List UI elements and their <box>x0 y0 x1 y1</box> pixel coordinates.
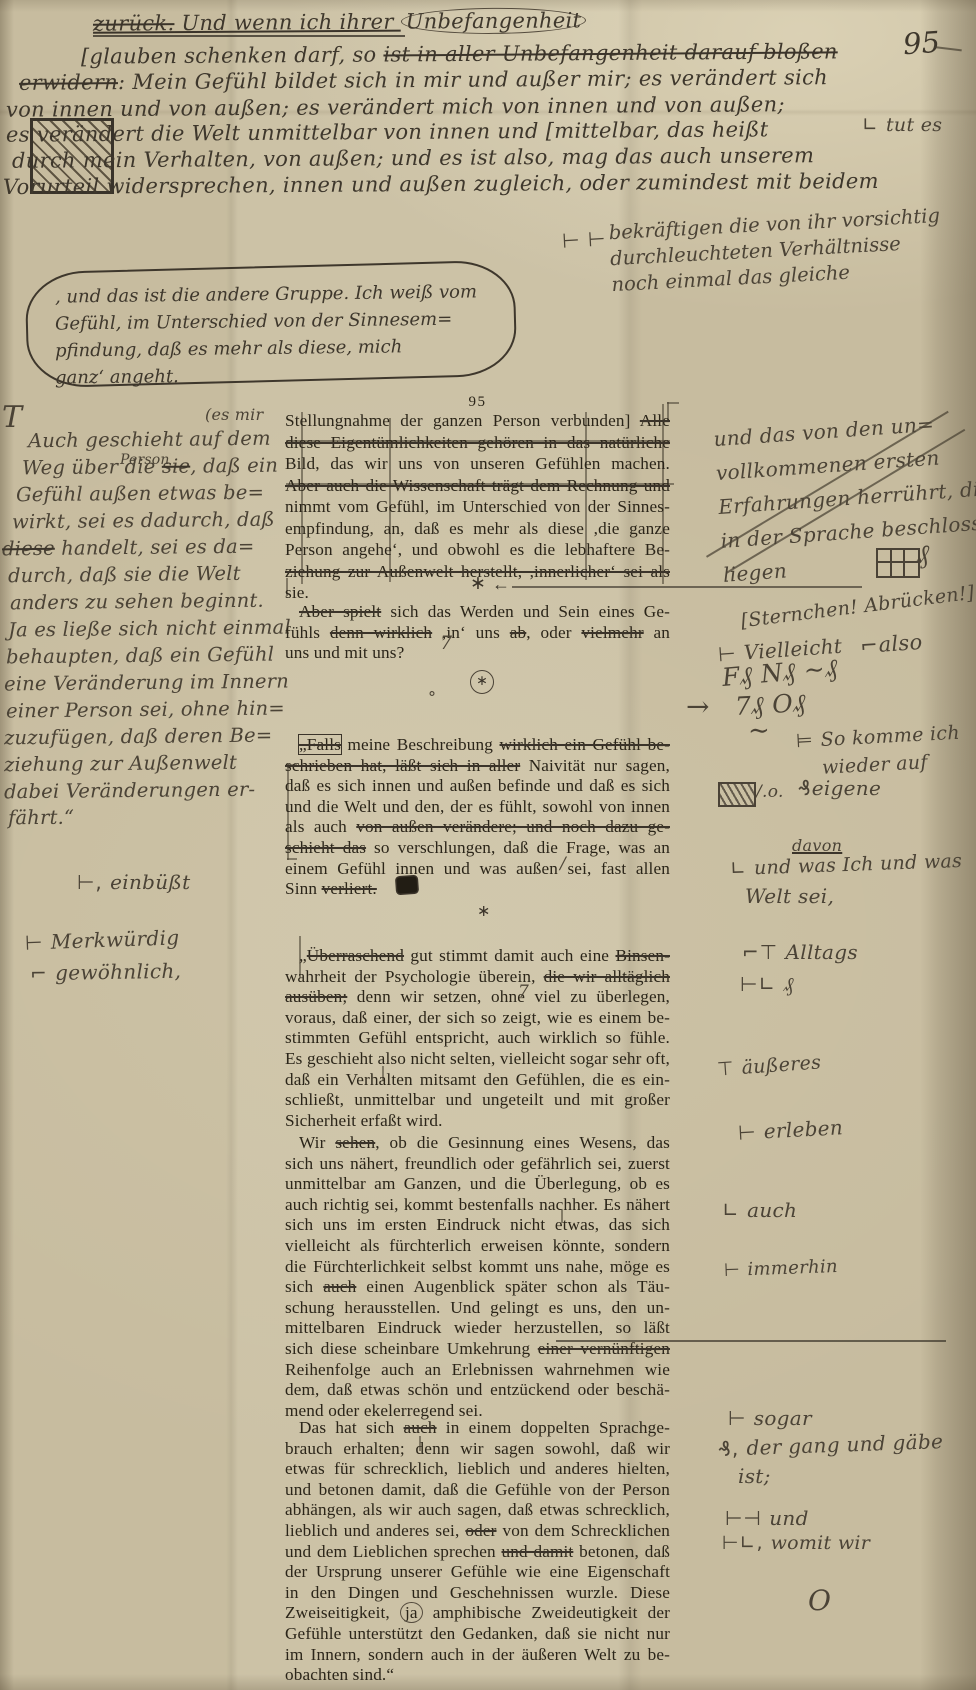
typed-line: Sicherheit erfaßt wird. <box>285 1111 670 1132</box>
text-segment: wirkt, sei es dadurch, daß <box>12 508 275 534</box>
text-segment: Unbefangenheit <box>401 7 587 34</box>
text-segment: betonen, daß <box>573 1542 670 1561</box>
editorial-mark: ⊢∟, <box>722 1532 771 1554</box>
typed-paragraph: Wir sehen, ob die Gesinnung eines Wesens… <box>285 1133 670 1421</box>
margin-note: ⊢ Merkwürdig <box>25 925 180 954</box>
text-segment: von dem Schrecklichen <box>497 1521 670 1540</box>
text-segment: mittelbaren Eindruck wieder herzustellen… <box>285 1318 670 1337</box>
text-segment: als auch <box>285 817 356 836</box>
text-segment: der Ursprung unserer Gefühle wie eine Ei… <box>285 1562 670 1581</box>
margin-note: ⌐also <box>859 630 923 658</box>
typed-line: der Ursprung unserer Gefühle wie eine Ei… <box>285 1562 670 1583</box>
typed-line: Zweiseitigkeit, ja amphibische Zweideuti… <box>285 1603 670 1624</box>
typed-line: daß ein Verhalten mitsamt den Gefühlen, … <box>285 1070 670 1091</box>
text-segment: daß es sich innen und außen befinde und … <box>285 776 670 795</box>
text-segment: durch, daß sie die Welt <box>8 562 241 587</box>
text-segment: denn wir setzen, ohne viel zu überlegen, <box>347 987 670 1006</box>
text-segment: „ <box>299 946 307 965</box>
editorial-mark: ⊢, <box>77 870 110 894</box>
margin-note: Welt sei, <box>745 884 834 908</box>
handwriting-line: durch mein Verhalten, von außen; und es … <box>12 143 814 173</box>
annotation-text: → <box>686 690 710 723</box>
text-segment: brauch erhalten; denn wir sagen sowohl, … <box>285 1439 670 1458</box>
text-segment: „Falls <box>299 735 341 754</box>
margin-note: ⊢∟ ₰ <box>740 972 794 997</box>
editorial-mark: ⊢ <box>724 1259 748 1281</box>
text-segment: handelt, sei es da= <box>55 535 255 560</box>
annotation-text: davon <box>792 836 842 855</box>
inserted-word: Person <box>120 452 170 468</box>
text-segment: Gefühle unterstützt den Gedanken, daß si… <box>285 1624 670 1643</box>
margin-note: ⌐ gewöhnlich, <box>30 959 182 986</box>
text-segment: nimmt vom Gefühl, im Unterschied von der… <box>285 497 670 516</box>
pencil-mark: / <box>560 854 566 874</box>
text-segment: schung herausstellen. Und gelingt es uns… <box>285 1298 670 1317</box>
typed-paragraph: „Überraschend gut stimmt damit auch eine… <box>285 946 670 1131</box>
typed-line: und die Welt und den, der es fühlt, sowo… <box>285 797 670 818</box>
text-segment: sich diese scheinbare Umkehrung <box>285 1339 538 1358</box>
struck-text: Überraschend <box>307 946 404 965</box>
typed-line: Person angehe‘, und obwohl es die lebhaf… <box>285 539 670 561</box>
oval-annotation: , und das ist die andere Gruppe. Ich wei… <box>55 281 477 389</box>
typed-line: und dem Lieblichen sprechen und damit be… <box>285 1542 670 1563</box>
margin-note: ⊨ So komme ich <box>796 722 961 753</box>
struck-text: von außen verändere; und noch dazu ge- <box>356 817 670 836</box>
text-segment: wahrheit der Psychologie überein, <box>285 967 544 986</box>
margin-note: ∼ <box>748 716 770 746</box>
text-segment: einem Gefühl innen und was außen sei, fa… <box>285 859 670 878</box>
margin-note: ∟ tut es <box>862 114 942 136</box>
annotation-text: [Sternchen! Abrücken!] <box>740 582 976 632</box>
text-segment: , ob die Gesinnung eines Wesens, das <box>375 1133 670 1152</box>
typed-line: wahrheit der Psychologie überein, die wi… <box>285 967 670 988</box>
struck-text: auch <box>404 1418 437 1437</box>
annotation-text: So komme ich <box>820 722 960 751</box>
text-segment: anders zu sehen beginnt. <box>10 589 264 615</box>
typed-line: Sinn verliert. <box>285 879 670 900</box>
annotation-text: gewöhnlich, <box>55 959 181 985</box>
typed-line: sich auch einen Augenblick später schon … <box>285 1277 670 1298</box>
editorial-mark: ₰ <box>798 776 812 800</box>
text-segment: Sicherheit erfaßt wird. <box>285 1111 443 1130</box>
typed-line: sich uns nähert, freundlich oder gefährl… <box>285 1154 670 1175</box>
struck-text: verliert. <box>322 879 377 898</box>
typed-line: im Innern, sondern auch in der äußeren W… <box>285 1645 670 1666</box>
margin-note: ⊢ sogar <box>728 1406 812 1430</box>
handwriting-line: es verändert die Welt unmittelbar von in… <box>6 117 769 146</box>
margin-note: ∟ und was Ich und was <box>730 850 963 880</box>
handwriting-line: einer Person sei, ohne hin= <box>6 697 285 723</box>
text-segment: uns und mit uns? <box>285 643 404 662</box>
editorial-mark: ∟ <box>730 857 755 880</box>
text-segment: dabei Veränderungen er- <box>4 778 255 804</box>
typed-line: empfindung, an, daß es mehr als diese ,d… <box>285 518 670 540</box>
text-segment: mend oder ekelerregend sei. <box>285 1401 483 1420</box>
text-segment: dem, daß etwas schön und entzückend oder… <box>285 1380 670 1399</box>
circled-asterisk: ∗ <box>470 670 494 694</box>
text-segment: stimmten Gefühl entspricht, auch wirklic… <box>285 1028 670 1047</box>
text-segment: Person angehe‘, und obwohl es die lebhaf… <box>285 540 670 559</box>
editorial-mark: ⊢ <box>728 1406 754 1430</box>
typed-line: abhängen, als wir auch sagen, daß etwas … <box>285 1500 670 1521</box>
text-segment: in den Dingen und Geschehnissen wurzle. … <box>285 1583 670 1602</box>
text-segment: es verändert die Welt unmittelbar von in… <box>6 117 769 146</box>
annotation-text: Merkwürdig <box>50 925 179 953</box>
text-segment: in einem doppelten Sprachge- <box>437 1418 670 1437</box>
text-segment: , daß ein <box>190 454 278 478</box>
handwriting-line: wirkt, sei es dadurch, daß <box>12 508 275 534</box>
handwriting-line: zurück. Und wenn ich ihrer Unbefangenhei… <box>93 8 586 35</box>
inserted-word: (es mir <box>205 405 263 424</box>
typed-line: schung herausstellen. Und gelingt es uns… <box>285 1298 670 1319</box>
margin-note: → <box>686 690 710 723</box>
annotation-text: immerhin <box>747 1256 838 1280</box>
handwriting-line: Vorurteil widersprechen, innen und außen… <box>3 169 879 199</box>
text-segment: etwas für schrecklich, lieblich und ande… <box>285 1459 670 1478</box>
text-segment: zuzufügen, daß deren Be= <box>4 724 273 750</box>
struck-text: Alle <box>640 411 670 430</box>
typed-line: nimmt vom Gefühl, im Unterschied von der… <box>285 496 670 518</box>
typed-line: obachten sind.“ <box>285 1665 670 1686</box>
typed-line: voraus, daß einer, der sich so zeigt, wi… <box>285 1008 670 1029</box>
annotation-text: ist; <box>738 1464 771 1488</box>
handwriting-line: diese handelt, sei es da= <box>2 535 255 561</box>
struck-text: ab <box>510 623 527 642</box>
text-segment: eine Veränderung im Innern <box>4 670 289 696</box>
text-segment: Auch geschieht auf dem <box>28 427 271 453</box>
text-segment: , oder <box>526 623 581 642</box>
typed-line: auch richtig sei, kommt bestenfalls nach… <box>285 1195 670 1216</box>
margin-note: ∟ auch <box>722 1198 797 1222</box>
annotation-text: womit wir <box>771 1532 871 1554</box>
pencil-mark: 7 <box>440 632 452 654</box>
typed-line: schließt, unmittelbar und ungeteilt und … <box>285 1090 670 1111</box>
text-segment: Ja es ließe sich nicht einmal <box>8 616 291 642</box>
typed-line: „Überraschend gut stimmt damit auch eine… <box>285 946 670 967</box>
annotation-text: wieder auf <box>821 751 928 779</box>
text-segment: und dem Lieblichen sprechen <box>285 1542 501 1561</box>
annotation-text: auch <box>747 1198 797 1222</box>
struck-text: zurück. <box>93 11 175 36</box>
annotation-text: O <box>808 1584 831 1617</box>
annotation-text: der gang und gäbe <box>746 1429 943 1460</box>
typed-paragraph: Stellungnahme der ganzen Person verbunde… <box>285 410 670 604</box>
handwriting-line: ziehung zur Außenwelt <box>4 751 237 776</box>
typed-line: brauch erhalten; denn wir sagen sowohl, … <box>285 1439 670 1460</box>
margin-note: wieder auf <box>821 751 928 779</box>
text-segment: unmittelbar am Ganzen, und die Überlegun… <box>285 1174 670 1193</box>
struck-margin-annotation: und das von den un=vollkommenen erstenEr… <box>712 402 976 592</box>
editorial-mark: ₰, <box>718 1436 747 1461</box>
editorial-mark: ⊢ <box>25 930 52 955</box>
typed-line: ziehung zur Außenwelt herstellt, ,innerl… <box>285 561 670 583</box>
annotation-text: und <box>769 1506 808 1530</box>
typed-line: einem Gefühl innen und was außen sei, fa… <box>285 859 670 880</box>
typed-line: fühls denn wirklich ,in‘ uns ab, oder vi… <box>285 623 670 644</box>
text-segment: gut stimmt damit auch eine <box>404 946 615 965</box>
margin-note: ⊢⊣ und <box>725 1506 809 1530</box>
handwriting-line: Gefühl außen etwas be= <box>16 481 264 507</box>
struck-text: Aber spielt <box>299 602 381 621</box>
annotation-text: einbüßt <box>110 870 190 894</box>
struck-text: erwidern <box>19 70 118 95</box>
text-segment: sich <box>285 1277 323 1296</box>
handwriting-line: Ja es ließe sich nicht einmal <box>8 616 291 642</box>
text-segment: Zweiseitigkeit, <box>285 1603 400 1622</box>
typed-paragraph: Aber spielt sich das Werden und Sein ein… <box>285 602 670 664</box>
struck-text: oder <box>465 1521 496 1540</box>
typed-line: Wir sehen, ob die Gesinnung eines Wesens… <box>285 1133 670 1154</box>
typed-line: sie. <box>285 582 670 604</box>
typed-line: vielleicht als fürchterlich erweisen kön… <box>285 1236 670 1257</box>
text-segment: die Fürchterlichkeit selbst kommt uns na… <box>285 1257 670 1276</box>
text-segment: lieblich und anderes sei, <box>285 1521 465 1540</box>
margin-note: 7₰ O₰ <box>734 688 806 722</box>
pencil-mark: ° <box>428 688 436 707</box>
text-segment: Stellungnahme der ganzen Person verbunde… <box>285 411 640 430</box>
struck-text: Aber auch die Wissenschaft trägt dem Rec… <box>285 476 670 495</box>
editorial-mark: ⊤ <box>716 1057 742 1081</box>
annotation-line: ganz‘ angeht. <box>55 359 477 391</box>
typed-paragraph: „Falls meine Beschreibung wirklich ein G… <box>285 735 670 900</box>
handwriting-line: fährt.“ <box>8 806 74 830</box>
editorial-mark: ∟ <box>862 114 886 136</box>
margin-note: ⌐⊤ Alltags <box>742 940 858 964</box>
typed-line: dem, daß etwas schön und entzückend oder… <box>285 1380 670 1401</box>
asterisk-separator: ∗ <box>477 901 490 921</box>
typed-line: Bild, das wir uns von unseren Gefühlen m… <box>285 453 670 475</box>
typed-line: schieht das so verschlungen, daß die Fra… <box>285 838 670 859</box>
insertion-bracket <box>667 402 679 404</box>
typed-paragraph: Das hat sich auch in einem doppelten Spr… <box>285 1418 670 1686</box>
struck-text: schrieben hat, läßt sich in aller <box>285 756 520 775</box>
text-segment: und die Welt und den, der es fühlt, sowo… <box>285 797 670 816</box>
annotation-text: erleben <box>763 1115 843 1143</box>
text-segment: Vorurteil widersprechen, innen und außen… <box>3 169 879 199</box>
typed-line: Gefühle unterstützt den Gedanken, daß si… <box>285 1624 670 1645</box>
typed-line: und betonen damit, daß die Gefühle von d… <box>285 1480 670 1501</box>
annotation-text: eigene <box>812 776 881 800</box>
struck-text: vielmehr <box>581 623 643 642</box>
typed-line: uns und mit uns? <box>285 643 670 664</box>
text-segment: fühls <box>285 623 330 642</box>
annotation-text: äußeres <box>741 1051 822 1079</box>
text-segment: an <box>644 623 670 642</box>
typed-line: daß es sich innen und außen befinde und … <box>285 776 670 797</box>
annotation-text: Alltags <box>786 940 858 964</box>
typed-line: diese Eigentümlichkeiten gehören in das … <box>285 432 670 454</box>
typed-line: lieblich und anderes sei, oder von dem S… <box>285 1521 670 1542</box>
struck-text: die wir alltäglich <box>544 967 670 986</box>
text-segment: Wir <box>299 1133 335 1152</box>
handwriting-line: durch, daß sie die Welt <box>8 562 241 587</box>
typed-line: sich uns im ersten Eindruck nicht etwas,… <box>285 1215 670 1236</box>
page-number-handwritten: 95 <box>902 25 941 61</box>
struck-text: denn wirklich <box>330 623 432 642</box>
typed-line: unmittelbar am Ganzen, und die Überlegun… <box>285 1174 670 1195</box>
margin-note: ⊢, einbüßt <box>77 870 190 894</box>
typed-line: Es geschieht also nicht selten, vielleic… <box>285 1049 670 1070</box>
struck-text: und damit <box>501 1542 573 1561</box>
text-segment: im Innern, sondern auch in der äußeren W… <box>285 1645 670 1664</box>
typed-line: Reihenfolge auch an Erlebnissen wahrnehm… <box>285 1360 670 1381</box>
margin-note: /.o. <box>756 782 784 802</box>
text-segment: voraus, daß einer, der sich so zeigt, wi… <box>285 1008 670 1027</box>
text-segment: Reihenfolge auch an Erlebnissen wahrnehm… <box>285 1360 670 1379</box>
margin-note: ⊤ äußeres <box>716 1051 822 1080</box>
text-segment: so verschlungen, daß die Frage, was an <box>366 838 670 857</box>
annotation-text: Welt sei, <box>745 884 834 908</box>
struck-text: schieht das <box>285 838 366 857</box>
struck-text: ausüben; <box>285 987 347 1006</box>
text-segment: behaupten, daß ein Gefühl <box>6 643 274 669</box>
text-segment: und betonen damit, daß die Gefühle von d… <box>285 1480 670 1499</box>
page-number-printed: 95 <box>285 394 670 411</box>
text-segment: auch richtig sei, kommt bestenfalls nach… <box>285 1195 670 1214</box>
struck-text: diese <box>2 537 55 561</box>
typed-line: mittelbaren Eindruck wieder herzustellen… <box>285 1318 670 1339</box>
handwriting-line: eine Veränderung im Innern <box>4 670 289 696</box>
annotation-text: tut es <box>886 114 942 136</box>
struck-text: auch <box>323 1277 356 1296</box>
typed-line: in den Dingen und Geschehnissen wurzle. … <box>285 1583 670 1604</box>
editorial-mark: ⊢ <box>737 1119 764 1144</box>
typed-line: Stellungnahme der ganzen Person verbunde… <box>285 410 670 432</box>
typed-line: Aber auch die Wissenschaft trägt dem Rec… <box>285 475 670 497</box>
text-segment: Es geschieht also nicht selten, vielleic… <box>285 1049 670 1068</box>
text-segment: empfindung, an, daß es mehr als diese ,d… <box>285 519 670 538</box>
editorial-mark: ⌐ <box>859 633 879 658</box>
annotation-text: ₰ <box>784 972 794 996</box>
margin-note: [Sternchen! Abrücken!] <box>740 582 976 632</box>
typed-line: sich diese scheinbare Umkehrung einer ve… <box>285 1339 670 1360</box>
annotation-text: ∼ <box>748 716 770 746</box>
text-segment: Sinn <box>285 879 322 898</box>
margin-note: ₰, der gang und gäbe <box>718 1429 944 1461</box>
annotation-text: /.o. <box>756 782 784 802</box>
text-segment: ja <box>400 1602 423 1623</box>
handwriting-line: Auch geschieht auf dem <box>28 427 271 453</box>
editorial-mark: ⊢⊣ <box>725 1506 769 1530</box>
text-segment: sich das Werden und Sein eines Ge- <box>381 602 670 621</box>
text-segment: einen Augenblick später schon als Täu- <box>356 1277 670 1296</box>
text-segment: amphibische Zweideutigkeit der <box>423 1603 670 1622</box>
annotation-text: also <box>878 630 923 657</box>
margin-note: ⊢ erleben <box>737 1115 843 1144</box>
text-segment: vielleicht als fürchterlich erweisen kön… <box>285 1236 670 1255</box>
editorial-mark: ∟ <box>722 1198 747 1222</box>
typed-line: Aber spielt sich das Werden und Sein ein… <box>285 602 670 623</box>
typed-line: schrieben hat, läßt sich in aller Naivit… <box>285 756 670 777</box>
margin-note: ⊢ immerhin <box>724 1256 839 1281</box>
margin-note: ₰eigene <box>798 776 881 800</box>
margin-note: ist; <box>738 1464 771 1488</box>
margin-annotation-top-right: ⊢ ⊢ bekräftigen die von ihr vorsichtig d… <box>561 205 896 300</box>
handwriting-line: erwidern: Mein Gefühl bildet sich in mir… <box>19 65 828 95</box>
text-segment: daß ein Verhalten mitsamt den Gefühlen, … <box>285 1070 670 1089</box>
text-segment: sich uns nähert, freundlich oder gefährl… <box>285 1154 670 1173</box>
text-segment: Bild, das wir uns von unseren Gefühlen m… <box>285 454 670 473</box>
annotation-text: sogar <box>754 1406 812 1430</box>
text-segment: meine Beschreibung <box>341 735 500 754</box>
struck-text: ist in aller Unbefangenheit darauf bloße… <box>383 39 837 66</box>
struck-text: diese Eigentümlichkeiten gehören in das … <box>285 433 670 452</box>
text-segment: Das hat sich <box>299 1418 404 1437</box>
text-segment: abhängen, als wir auch sagen, daß etwas … <box>285 1500 670 1519</box>
typed-line: „Falls meine Beschreibung wirklich ein G… <box>285 735 670 756</box>
text-segment: schließt, unmittelbar und ungeteilt und … <box>285 1090 670 1109</box>
struck-text: ziehung zur Außenwelt herstellt, ,innerl… <box>285 562 670 581</box>
pencil-mark: 7 <box>518 982 529 1002</box>
struck-text: einer vernünftigen <box>538 1339 670 1358</box>
typed-line: stimmten Gefühl entspricht, auch wirklic… <box>285 1028 670 1049</box>
margin-note: davon <box>792 836 842 855</box>
text-segment: fährt.“ <box>8 806 74 830</box>
handwriting-line: anders zu sehen beginnt. <box>10 589 264 615</box>
editorial-mark: ⌐⊤ <box>742 940 786 964</box>
handwriting-line: behaupten, daß ein Gefühl <box>6 643 274 669</box>
typed-line: etwas für schrecklich, lieblich und ande… <box>285 1459 670 1480</box>
handwriting-line: zuzufügen, daß deren Be= <box>4 724 273 750</box>
typed-line: die Fürchterlichkeit selbst kommt uns na… <box>285 1257 670 1278</box>
editorial-mark: ⊢∟ <box>740 972 784 996</box>
struck-text: sehen <box>335 1133 375 1152</box>
text-segment: [glauben schenken darf, so <box>81 43 384 69</box>
manuscript-page: 95 ⊢ ⊢ bekräftigen die von ihr vorsichti… <box>0 0 976 1690</box>
typed-line: ausüben; denn wir setzen, ohne viel zu ü… <box>285 987 670 1008</box>
margin-note: ⊢∟, womit wir <box>722 1532 870 1554</box>
annotation-text: 7₰ O₰ <box>734 688 806 721</box>
handwriting-line: dabei Veränderungen er- <box>4 778 255 804</box>
text-segment: durch mein Verhalten, von außen; und es … <box>12 143 814 173</box>
editorial-mark: ⊨ <box>796 729 822 752</box>
struck-text: Binsen- <box>615 946 670 965</box>
annotation-text: und was Ich und was <box>754 850 963 879</box>
text-segment: : Mein Gefühl bildet sich in mir und auß… <box>118 65 828 94</box>
editorial-mark: ⌐ <box>30 961 56 985</box>
inserted-word: T <box>2 400 22 435</box>
struck-text: wirklich ein Gefühl be- <box>500 735 670 754</box>
text-segment: Naivität nur sagen, <box>520 756 670 775</box>
handwriting-line: [glauben schenken darf, so ist in aller … <box>81 39 838 68</box>
typed-line: als auch von außen verändere; und noch d… <box>285 817 670 838</box>
text-segment: sich uns im ersten Eindruck nicht etwas,… <box>285 1215 670 1234</box>
text-segment: obachten sind.“ <box>285 1665 394 1684</box>
margin-note: O <box>808 1584 831 1617</box>
typed-line: Das hat sich auch in einem doppelten Spr… <box>285 1418 670 1439</box>
small-hatched-box <box>718 782 756 807</box>
text-segment: Und wenn ich ihrer <box>174 10 400 36</box>
text-segment: sie. <box>285 583 309 602</box>
editorial-mark: ⊢ ⊢ <box>562 226 607 252</box>
text-segment: ziehung zur Außenwelt <box>4 751 237 776</box>
text-segment: Gefühl außen etwas be= <box>16 481 264 507</box>
text-segment: einer Person sei, ohne hin= <box>6 697 285 723</box>
